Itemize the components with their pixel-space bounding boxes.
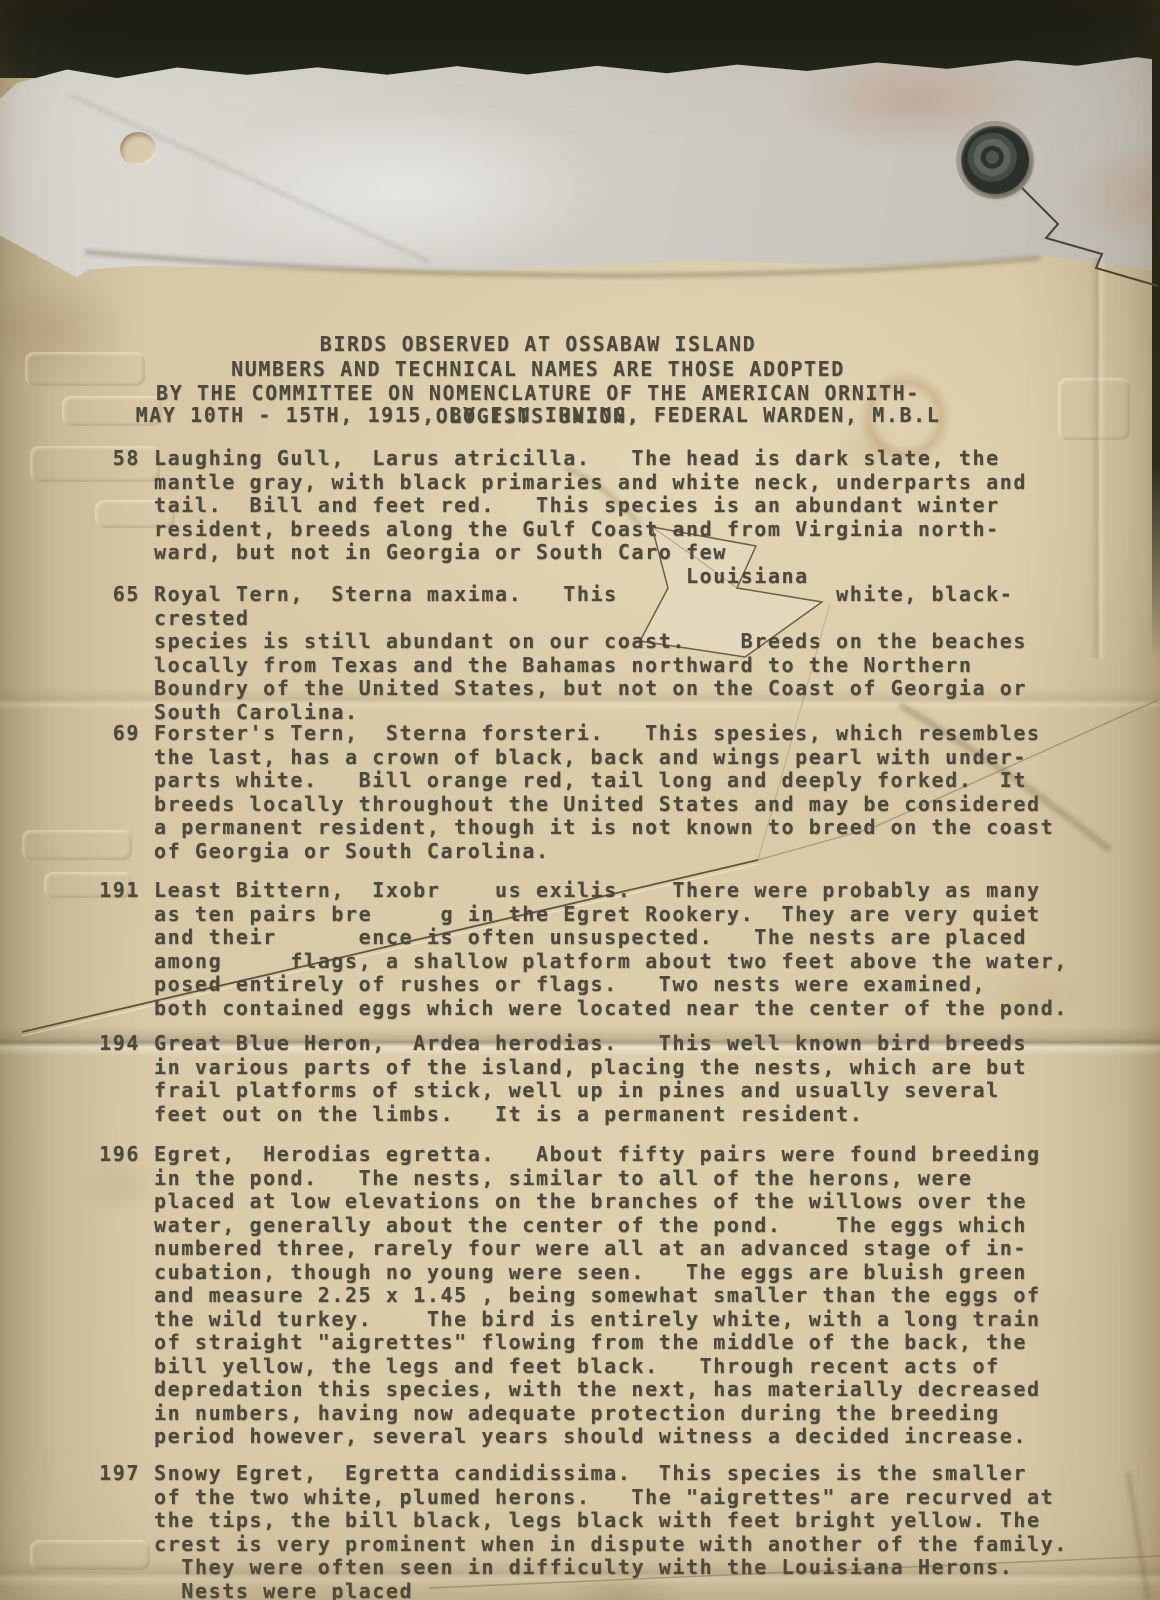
species-description: Laughing Gull, Larus atricilla. The head… [154,447,1027,588]
document-subtitle: NUMBERS AND TECHNICAL NAMES ARE THOSE AD… [88,358,988,429]
bird-entry: 194 Great Blue Heron, Ardea herodias. Th… [86,1032,1096,1126]
species-description: Least Bittern, Ixobr us exilis. There we… [154,879,1068,1020]
bird-entry: 197 Snowy Egret, Egretta candidissima. T… [86,1462,1096,1600]
species-description: Royal Tern, Sterna maxima. This white, b… [154,583,1096,724]
bird-entry: 65 Royal Tern, Sterna maxima. This white… [86,583,1096,724]
species-number: 65 [86,583,140,724]
bird-entry: 58 Laughing Gull, Larus atricilla. The h… [86,447,1096,588]
species-number: 197 [86,1462,140,1600]
bird-entry: 69 Forster's Tern, Sterna forsteri. This… [86,722,1096,863]
species-number: 196 [86,1143,140,1449]
species-number: 191 [86,879,140,1020]
species-description: Egret, Herodias egretta. About fifty pai… [154,1143,1041,1449]
species-number: 58 [86,447,140,588]
species-description: Forster's Tern, Sterna forsteri. This sp… [154,722,1054,863]
typewritten-text-layer: BIRDS OBSERVED AT OSSABAW ISLAND MAY 10T… [0,0,1160,1600]
bird-entry: 191 Least Bittern, Ixobr us exilis. Ther… [86,879,1096,1020]
species-description: Great Blue Heron, Ardea herodias. This w… [154,1032,1027,1126]
species-number: 69 [86,722,140,863]
species-number: 194 [86,1032,140,1126]
bird-entry: 196 Egret, Herodias egretta. About fifty… [86,1143,1096,1449]
species-description: Snowy Egret, Egretta candidissima. This … [154,1462,1068,1600]
document-title: BIRDS OBSERVED AT OSSABAW ISLAND [88,333,988,357]
